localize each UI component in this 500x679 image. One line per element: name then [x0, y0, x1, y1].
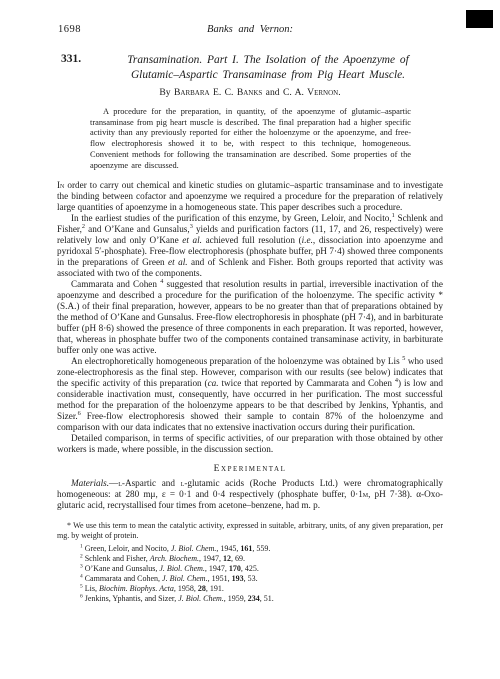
reference-item: 5 Lis, Biochim. Biophys. Acta, 1958, 28,… — [80, 584, 443, 594]
reference-item: 4 Cammarata and Cohen, J. Biol. Chem., 1… — [80, 574, 443, 584]
section-heading-experimental: Experimental — [57, 463, 443, 475]
article-body: In order to carry out chemical and kinet… — [57, 180, 443, 511]
journal-page: 1698 Banks and Vernon: 331. Transaminati… — [0, 0, 500, 679]
footnote-star: * We use this term to mean the catalytic… — [57, 521, 443, 541]
article-title: Transamination. Part I. The Isolation of… — [107, 53, 429, 82]
scan-artifact-mark — [466, 10, 493, 28]
title-wrap: Transamination. Part I. The Isolation of… — [93, 53, 443, 82]
page-header: 1698 Banks and Vernon: — [57, 24, 443, 37]
byline: By Barbara E. C. Banks and C. A. Vernon. — [57, 87, 443, 98]
body-paragraph: Cammarata and Cohen 4 suggested that res… — [57, 279, 443, 356]
reference-item: 3 O’Kane and Gunsalus, J. Biol. Chem., 1… — [80, 564, 443, 574]
body-paragraph: An electrophoretically homogeneous prepa… — [57, 356, 443, 433]
abstract: A procedure for the preparation, in quan… — [90, 107, 411, 171]
body-paragraph: In the earliest studies of the purificat… — [57, 213, 443, 279]
body-paragraph: In order to carry out chemical and kinet… — [57, 180, 443, 213]
reference-item: 6 Jenkins, Yphantis, and Sizer, J. Biol.… — [80, 594, 443, 604]
reference-item: 2 Schlenk and Fisher, Arch. Biochem., 19… — [80, 554, 443, 564]
text-column: 1698 Banks and Vernon: 331. Transaminati… — [57, 24, 443, 604]
body-paragraph: Detailed comparison, in terms of specifi… — [57, 433, 443, 455]
footnotes: * We use this term to mean the catalytic… — [57, 521, 443, 604]
running-head: Banks and Vernon: — [57, 24, 443, 35]
article-number: 331. — [57, 53, 93, 82]
reference-list: 1 Green, Leloir, and Nocito, J. Biol. Ch… — [57, 544, 443, 604]
reference-item: 1 Green, Leloir, and Nocito, J. Biol. Ch… — [80, 544, 443, 554]
materials-paragraph: Materials.—l-Aspartic and l-glutamic aci… — [57, 478, 443, 511]
title-block: 331. Transamination. Part I. The Isolati… — [57, 53, 443, 82]
